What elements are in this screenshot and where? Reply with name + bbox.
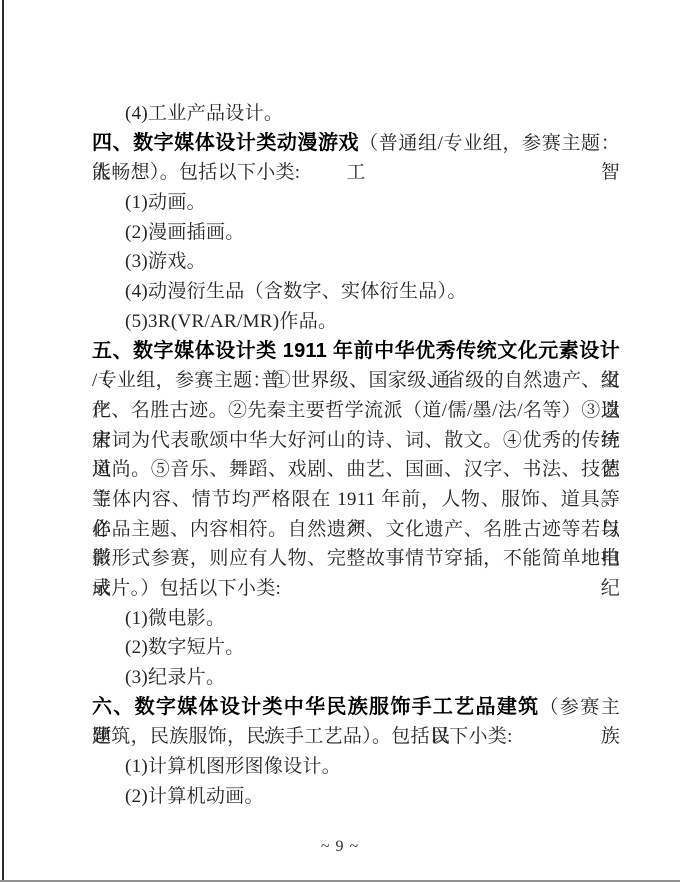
list-item: (2)数字短片。 [92, 633, 620, 663]
body-text: (1)动画。 [125, 192, 206, 213]
list-item: (2)计算机动画。 [92, 782, 620, 812]
paragraph-line: /专业组，参赛主题：①世界级、国家级、省级的自然遗产、文化遗 [92, 366, 620, 396]
section-heading-5: 五、数字媒体设计类 1911 年前中华优秀传统文化元素设计（普通组 [92, 337, 620, 367]
list-item: (1)计算机图形图像设计。 [92, 752, 620, 782]
body-text: (2)数字短片。 [125, 637, 245, 658]
paragraph-line: 作品主题、内容相符。自然遗产、文化遗产、名胜古迹等若以微电 [92, 515, 620, 545]
list-item: (4)动漫衍生品（含数字、实体衍生品）。 [92, 277, 620, 307]
body-text: 建筑，民族服饰，民族手工艺品）。包括以下小类: [92, 726, 513, 747]
list-item: (1)动画。 [92, 188, 620, 218]
body-text: (1)微电影。 [125, 608, 225, 629]
scanned-document-page: { "page": { "footer": "~ 9 ~", "colors":… [0, 0, 680, 882]
body-text: (4)动漫衍生品（含数字、实体衍生品）。 [125, 281, 467, 302]
list-item: (3)纪录片。 [92, 663, 620, 693]
document-body: (4)工业产品设计。四、数字媒体设计类动漫游戏（普通组/专业组，参赛主题：人工智… [92, 99, 620, 812]
heading-text: 四、数字媒体设计类动漫游戏 [92, 132, 359, 154]
body-text: (3)纪录片。 [125, 667, 225, 688]
paragraph-line: 主体内容、情节均严格限在 1911 年前，人物、服饰、道具等必须与 [92, 485, 620, 515]
body-text: (1)计算机图形图像设计。 [125, 756, 341, 777]
body-text: (2)计算机动画。 [125, 786, 264, 807]
list-item: (5)3R(VR/AR/MR)作品。 [92, 307, 620, 337]
heading-text: 六、数字媒体设计类中华民族服饰手工艺品建筑 [92, 696, 539, 718]
page-number: ~ 9 ~ [0, 838, 680, 856]
paragraph-line: 宋词为代表歌颂中华大好河山的诗、词、散文。④优秀的传统道德 [92, 426, 620, 456]
list-item: (3)游戏。 [92, 247, 620, 277]
paragraph-line: 风尚。⑤音乐、舞蹈、戏剧、曲艺、国画、汉字、书法、技艺等。 [92, 455, 620, 485]
body-text: (4)工业产品设计。 [125, 103, 283, 124]
list-item: (4)工业产品设计。 [92, 99, 620, 129]
paragraph-line: 产、名胜古迹。②先秦主要哲学流派（道/儒/墨/法/名等）③以唐诗 [92, 396, 620, 426]
body-text: (2)漫画插画。 [125, 222, 245, 243]
list-item: (2)漫画插画。 [92, 218, 620, 248]
body-text: 能畅想）。包括以下小类: [92, 162, 300, 183]
body-text: (3)游戏。 [125, 251, 206, 272]
paragraph-line: 影形式参赛，则应有人物、完整故事情节穿插，不能简单地拍成纪 [92, 544, 620, 574]
heading-text: 五、数字媒体设计类 1911 年前中华优秀传统文化元素设计 [92, 340, 620, 362]
body-text: (5)3R(VR/AR/MR)作品。 [125, 311, 337, 332]
list-item: (1)微电影。 [92, 604, 620, 634]
section-heading-6: 六、数字媒体设计类中华民族服饰手工艺品建筑（参赛主题：民族 [92, 693, 620, 723]
section-heading-4: 四、数字媒体设计类动漫游戏（普通组/专业组，参赛主题：人工智 [92, 129, 620, 159]
body-text: 录片。）包括以下小类: [92, 578, 281, 599]
page-left-edge-line [2, 0, 4, 882]
